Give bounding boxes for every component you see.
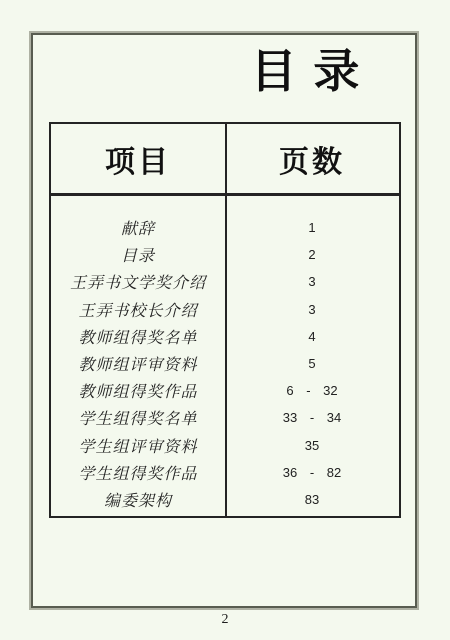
toc-item-pages: 2 (225, 247, 399, 262)
document-page: 目 录 项目 页数 献辞 1 目录 2 王弄书文学奖介绍 3 王弄书校长介绍 3 (0, 0, 450, 640)
toc-item-pages: 4 (225, 329, 399, 344)
toc-item-label: 教师组得奖名单 (51, 325, 225, 348)
toc-item-pages: 3 (225, 274, 399, 289)
column-header-item: 项目 (51, 124, 225, 193)
toc-item-pages: 83 (225, 492, 399, 507)
toc-item-label: 教师组得奖作品 (51, 379, 225, 402)
toc-item-label: 学生组评审资料 (51, 434, 225, 457)
column-header-pages: 页数 (225, 124, 399, 193)
toc-item-pages: 5 (225, 356, 399, 371)
toc-item-label: 学生组得奖作品 (51, 461, 225, 484)
toc-item-label: 王弄书校长介绍 (51, 298, 225, 321)
toc-item-pages: 33 - 34 (225, 410, 399, 425)
toc-item-pages: 36 - 82 (225, 465, 399, 480)
toc-item-label: 王弄书文学奖介绍 (51, 270, 225, 293)
toc-item-label: 编委架构 (51, 488, 225, 511)
toc-item-label: 学生组得奖名单 (51, 406, 225, 429)
toc-item-pages: 1 (225, 220, 399, 235)
toc-item-label: 目录 (51, 243, 225, 266)
toc-item-pages: 6 - 32 (225, 383, 399, 398)
toc-table: 项目 页数 献辞 1 目录 2 王弄书文学奖介绍 3 王弄书校长介绍 3 教师组… (49, 122, 401, 518)
toc-item-label: 教师组评审资料 (51, 352, 225, 375)
toc-item-pages: 3 (225, 302, 399, 317)
column-divider (225, 124, 227, 516)
toc-item-label: 献辞 (51, 216, 225, 239)
toc-item-pages: 35 (225, 438, 399, 453)
page-title: 目 录 (225, 46, 387, 97)
page-number: 2 (0, 612, 450, 628)
